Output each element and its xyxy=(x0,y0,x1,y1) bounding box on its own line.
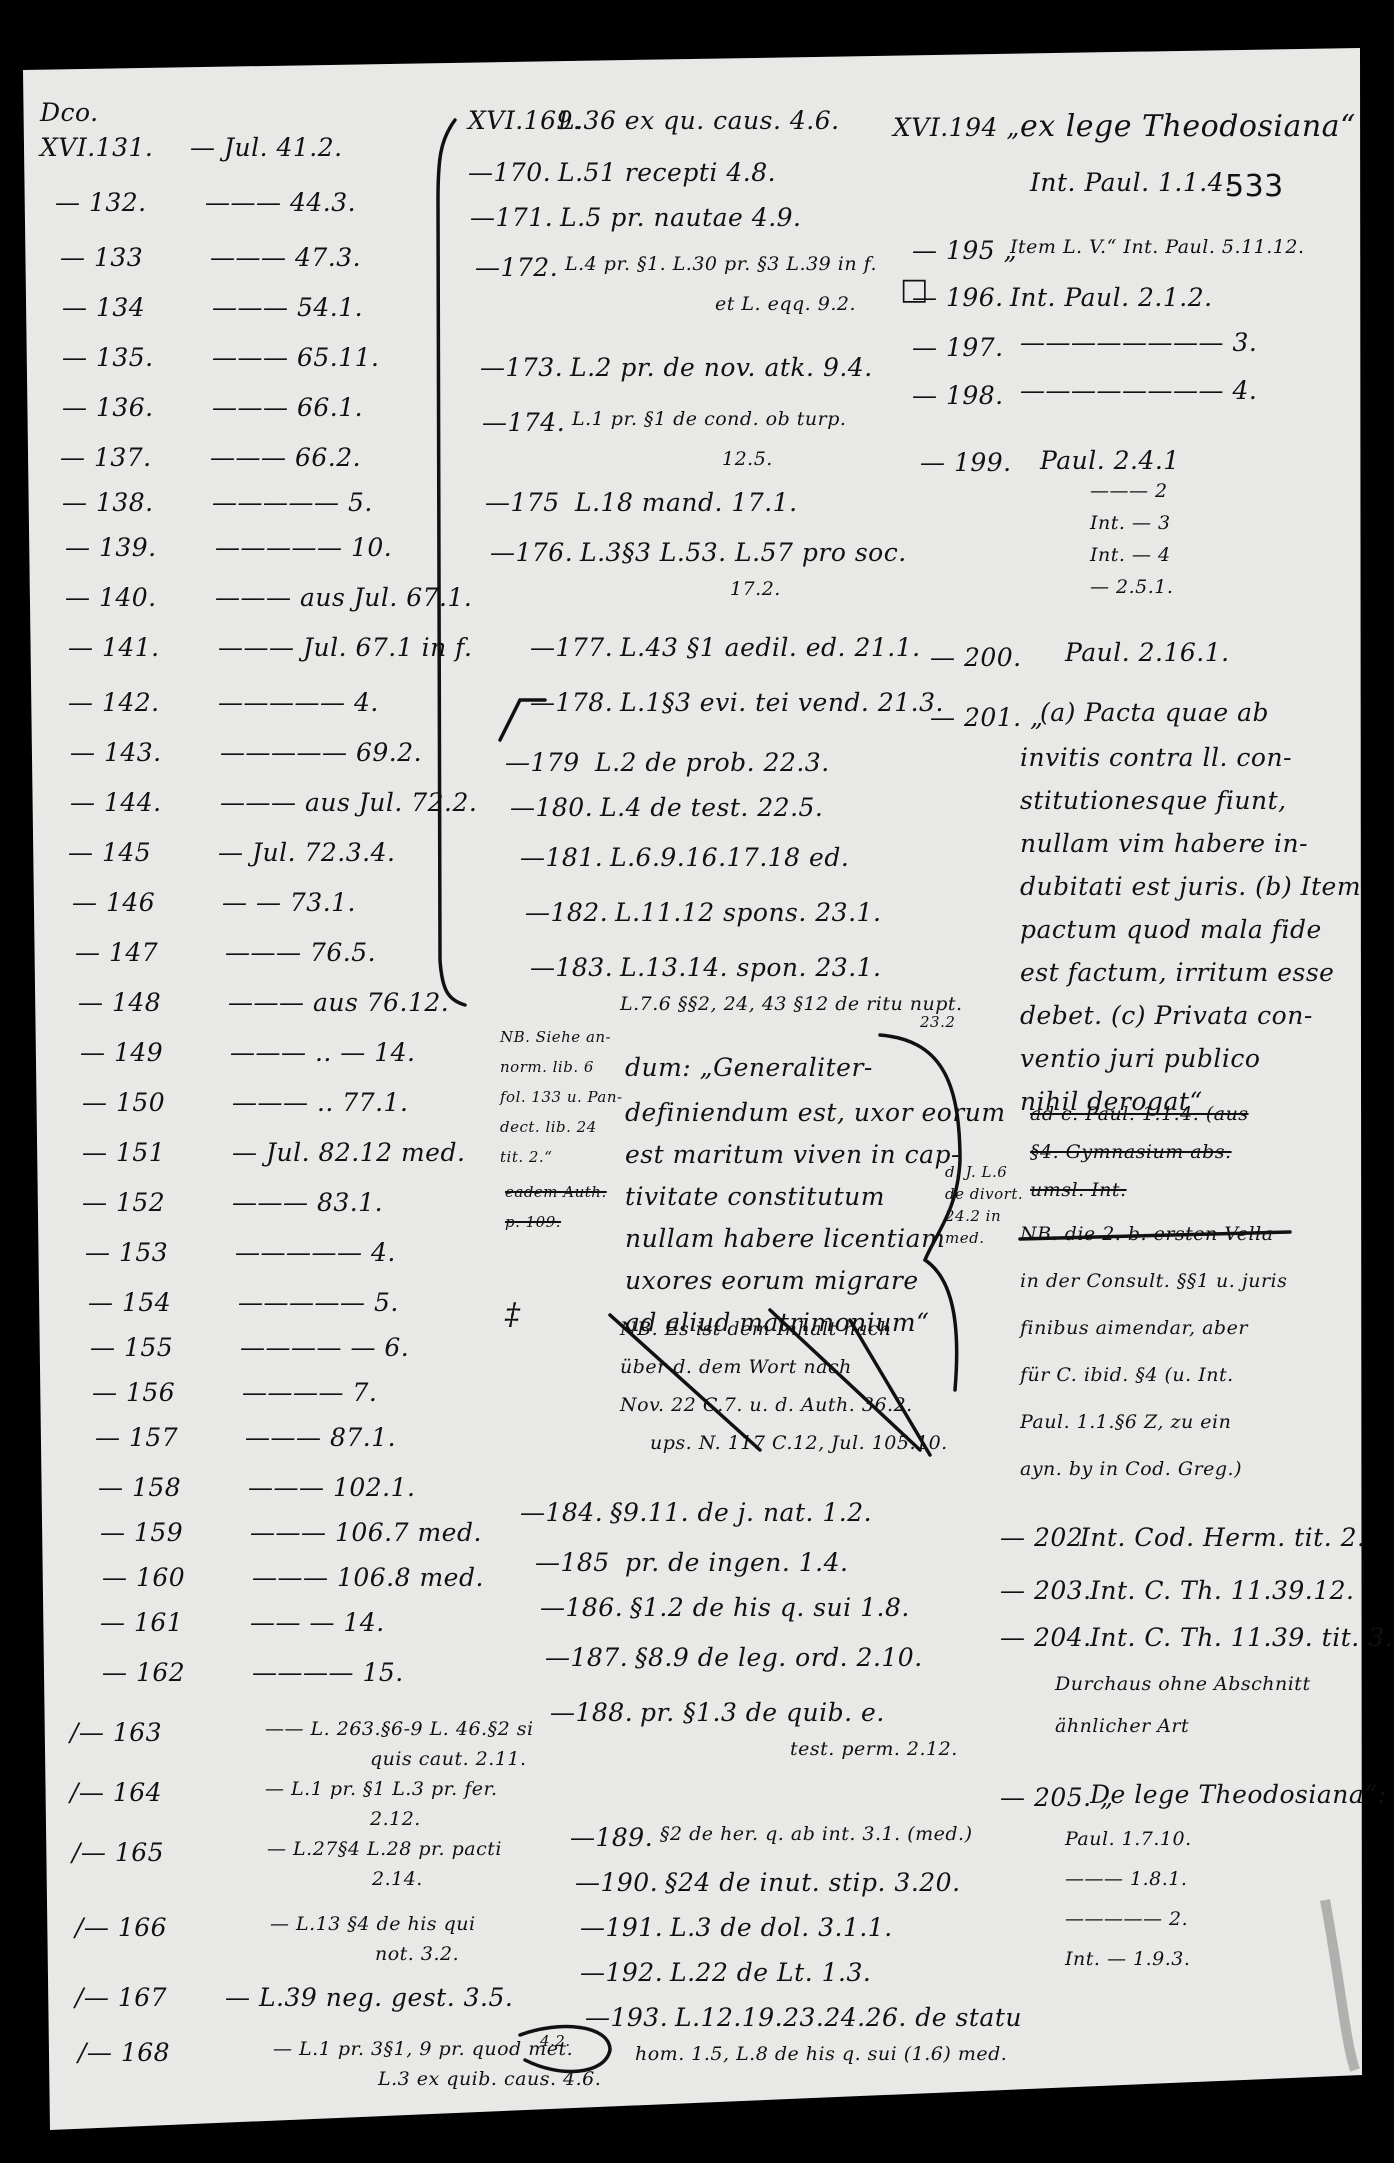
entry-reference: ——— 102.1. xyxy=(248,1475,415,1500)
entry-number: —173. xyxy=(480,355,563,380)
entry-number: — 201. „ xyxy=(930,705,1044,730)
entry-number: — 149 xyxy=(80,1040,163,1065)
entry-number: — 155 xyxy=(90,1335,173,1360)
entry-reference-cont: test. perm. 2.12. xyxy=(790,1740,958,1759)
entry-number: — 132. xyxy=(55,190,147,215)
entry-reference: ———— — 6. xyxy=(240,1335,409,1360)
entry-reference: — Jul. 72.3.4. xyxy=(218,840,395,865)
entry-reference: ——— .. — 14. xyxy=(230,1040,416,1065)
entry-number: — 147 xyxy=(75,940,158,965)
struck-line: ad c. Paul. 1.1.4. (aus xyxy=(1030,1105,1249,1124)
entry-reference: L.4 pr. §1. L.30 pr. §3 L.39 in f. xyxy=(565,255,877,274)
entry-number: —180. xyxy=(510,795,593,820)
entry-reference: — Jul. 82.12 med. xyxy=(232,1140,465,1165)
entry-reference: ——— 76.5. xyxy=(225,940,376,965)
entry-number: —182. xyxy=(525,900,608,925)
entry-reference: L.51 recepti 4.8. xyxy=(558,160,776,185)
entry-number: — 138. xyxy=(62,490,154,515)
entry-number: —188. xyxy=(550,1700,633,1725)
column-header: Dco. xyxy=(40,100,99,125)
page-number: 533 xyxy=(1225,172,1284,202)
entry-number: — 153 xyxy=(85,1240,168,1265)
entry-reference: Paul. 2.16.1. xyxy=(1065,640,1230,665)
quote-line: uxores eorum migrare xyxy=(625,1268,919,1293)
entry-reference: Paul. 2.4.1 xyxy=(1040,448,1180,473)
entry-number: —179 xyxy=(505,750,580,775)
quote-line: est maritum viven in cap- xyxy=(625,1142,960,1167)
nb-line: finibus aimendar, aber xyxy=(1020,1319,1248,1338)
side-note-line: fol. 133 u. Pan- xyxy=(500,1090,623,1105)
entry-reference-cont: 2.12. xyxy=(370,1810,421,1829)
side-note-line: tit. 2.“ xyxy=(500,1150,552,1165)
entry-number: —189. xyxy=(570,1825,653,1850)
entry-number: /— 165 xyxy=(72,1840,164,1865)
entry-reference: ——— 106.8 med. xyxy=(252,1565,484,1590)
quote-line: debet. (c) Privata con- xyxy=(1020,1003,1313,1028)
entry-number: — 146 xyxy=(72,890,155,915)
entry-reference: ——— 66.1. xyxy=(212,395,363,420)
entry-reference: ————— 10. xyxy=(215,535,392,560)
entry-reference: — Jul. 41.2. xyxy=(190,135,343,160)
entry-reference: — — 73.1. xyxy=(222,890,356,915)
quote-line: definiendum est, uxor eorum xyxy=(625,1100,1006,1125)
entry-reference: L.5 pr. nautae 4.9. xyxy=(560,205,802,230)
entry-number: —170. xyxy=(468,160,551,185)
entry-number: —193. xyxy=(585,2005,668,2030)
entry-number: — 134 xyxy=(62,295,145,320)
quote-line: nullam vim habere in- xyxy=(1020,831,1308,856)
entry-number: XVI.131. xyxy=(40,135,153,160)
entry-reference: — L.1 pr. 3§1, 9 pr. quod met. xyxy=(273,2040,573,2059)
side-note-line: dect. lib. 24 xyxy=(500,1120,597,1135)
entry-number: — 195 „ xyxy=(912,238,1017,263)
entry-sub: ——— 2 xyxy=(1090,482,1168,501)
entry-number: /— 167 xyxy=(75,1985,167,2010)
entry-reference: — L.39 neg. gest. 3.5. xyxy=(225,1985,513,2010)
entry-reference: L.2 de prob. 22.3. xyxy=(595,750,830,775)
side-note-line: norm. lib. 6 xyxy=(500,1060,594,1075)
entry-reference: ——— 65.11. xyxy=(212,345,379,370)
entry-reference: ——— 87.1. xyxy=(245,1425,396,1450)
entry-number: — 142. xyxy=(68,690,160,715)
entry-number: — 152 xyxy=(82,1190,165,1215)
entry-reference: L.2 pr. de nov. atk. 9.4. xyxy=(570,355,873,380)
entry-reference: Int. Paul. 2.1.2. xyxy=(1010,285,1213,310)
long-bracket xyxy=(438,120,465,1005)
entry-reference: §9.11. de j. nat. 1.2. xyxy=(610,1500,872,1525)
entry-reference: pr. §1.3 de quib. e. xyxy=(640,1700,885,1725)
entry-number: —187. xyxy=(545,1645,628,1670)
entry-reference: — L.27§4 L.28 pr. pacti xyxy=(267,1840,502,1859)
entry-number: —181. xyxy=(520,845,603,870)
entry-reference: ——— Jul. 67.1 in f. xyxy=(218,635,472,660)
side-note-line: de divort. xyxy=(945,1187,1023,1202)
quote-line: stitutionesque fiunt, xyxy=(1020,788,1287,813)
box-mark: □ xyxy=(900,275,929,305)
entry-number: — 148 xyxy=(78,990,161,1015)
entry-number: —186. xyxy=(540,1595,623,1620)
entry-number: — 160 xyxy=(102,1565,185,1590)
entry-number: — 144. xyxy=(70,790,162,815)
entry-reference: ————— 69.2. xyxy=(220,740,422,765)
entry-reference: ex lege Theodosiana“ xyxy=(1020,112,1356,142)
entry-number: — 141. xyxy=(68,635,160,660)
entry-number: — 199. xyxy=(920,450,1012,475)
entry-number: —190. xyxy=(575,1870,658,1895)
entry-reference: L.43 §1 aedil. ed. 21.1. xyxy=(620,635,921,660)
entry-number: — 151 xyxy=(82,1140,165,1165)
entry-reference: ——— 47.3. xyxy=(210,245,361,270)
circled-note: 4.2. xyxy=(540,2034,571,2049)
entry-number: — 139. xyxy=(65,535,157,560)
entry-number: —171. xyxy=(470,205,553,230)
entry-number: XVI.194 „ xyxy=(893,115,1020,140)
entry-number: — 200. xyxy=(930,645,1022,670)
entry-number: —172. xyxy=(475,255,558,280)
entry-number: — 158 xyxy=(98,1475,181,1500)
nb-line: NB. die 2. b. ersten Vella xyxy=(1020,1225,1274,1244)
entry-number: — 143. xyxy=(70,740,162,765)
entry-sub: — 2.5.1. xyxy=(1090,578,1173,597)
entry-reference: §24 de inut. stip. 3.20. xyxy=(665,1870,961,1895)
quote-line: nullam habere licentiam xyxy=(625,1226,945,1251)
entry-reference: L.12.19.23.24.26. de statu xyxy=(675,2005,1022,2030)
german-note-line: Durchaus ohne Abschnitt xyxy=(1055,1675,1311,1694)
entry-sub: Paul. 1.7.10. xyxy=(1065,1830,1192,1849)
entry-reference: — L.13 §4 de his qui xyxy=(270,1915,476,1934)
quote-intro: dum: „Generaliter- xyxy=(625,1055,873,1080)
side-note-line: med. xyxy=(945,1231,984,1246)
entry-reference: ——— 106.7 med. xyxy=(250,1520,482,1545)
entry-reference: Int. Cod. Herm. tit. 2. xyxy=(1080,1525,1365,1550)
entry-number: — 145 xyxy=(68,840,151,865)
entry-reference: L.4 de test. 22.5. xyxy=(600,795,823,820)
side-note-line: d. J. L.6 xyxy=(945,1165,1007,1180)
entry-number: — 135. xyxy=(62,345,154,370)
entry-reference: L.1 pr. §1 de cond. ob turp. xyxy=(572,410,846,429)
entry-reference: L.36 ex qu. caus. 4.6. xyxy=(558,108,840,133)
entry-reference: ——— 44.3. xyxy=(205,190,356,215)
entry-number: — 198. xyxy=(912,383,1004,408)
entry-reference-cont: et L. eqq. 9.2. xyxy=(715,295,856,314)
entry-reference: ——— aus Jul. 72.2. xyxy=(220,790,477,815)
nb-line: für C. ibid. §4 (u. Int. xyxy=(1020,1366,1234,1385)
quote-line: invitis contra ll. con- xyxy=(1020,745,1292,770)
quote-line: est factum, irritum esse xyxy=(1020,960,1334,985)
dagger-mark: ‡ xyxy=(505,1300,521,1330)
entry-number: — 204. xyxy=(1000,1625,1092,1650)
german-note-line: ähnlicher Art xyxy=(1055,1717,1189,1736)
entry-reference: L.1§3 evi. tei vend. 21.3. xyxy=(620,690,944,715)
entry-reference: L.18 mand. 17.1. xyxy=(575,490,798,515)
entry-reference: —— — 14. xyxy=(250,1610,385,1635)
entry-reference: L.3 de dol. 3.1.1. xyxy=(670,1915,893,1940)
entry-number: — 154 xyxy=(88,1290,171,1315)
struck-line: umsl. Int. xyxy=(1030,1181,1127,1200)
crossed-note-line: Nov. 22 C.7. u. d. Auth. 36.2. xyxy=(620,1396,913,1415)
entry-reference: (a) Pacta quae ab xyxy=(1040,700,1269,725)
entry-reference-cont: 2.14. xyxy=(372,1870,423,1889)
entry-number: /— 166 xyxy=(75,1915,167,1940)
crossed-note-line: ups. N. 117 C.12, Jul. 105.10. xyxy=(650,1434,948,1453)
entry-number: — 203. xyxy=(1000,1578,1092,1603)
entry-reference: ——— 54.1. xyxy=(212,295,363,320)
entry-reference-cont: 12.5. xyxy=(722,450,773,469)
entry-reference: Int. C. Th. 11.39. tit. 3. xyxy=(1090,1625,1393,1650)
side-note-struck: p. 109. xyxy=(505,1215,561,1230)
entry-reference: — L.1 pr. §1 L.3 pr. fer. xyxy=(265,1780,498,1799)
entry-reference: ——— 83.1. xyxy=(232,1190,383,1215)
manuscript-page: 533 Dco. XVI.131.— Jul. 41.2.— 132.——— 4… xyxy=(0,0,1394,2163)
side-note-struck: eadem Auth. xyxy=(505,1185,607,1200)
entry-sub: ————— 2. xyxy=(1065,1910,1188,1929)
entry-number: — 150 xyxy=(82,1090,165,1115)
entry-number: — 133 xyxy=(60,245,143,270)
entry-number: —177. xyxy=(530,635,613,660)
entry-reference: De lege Theodosiana“: xyxy=(1090,1782,1386,1807)
side-note-line: 24.2 in xyxy=(945,1209,1001,1224)
entry-number: —185 xyxy=(535,1550,610,1575)
side-note-line: NB. Siehe an- xyxy=(500,1030,611,1045)
entry-reference: L.11.12 spons. 23.1. xyxy=(615,900,881,925)
entry-reference: ———— 15. xyxy=(252,1660,404,1685)
quote-line: ventio juri publico xyxy=(1020,1046,1260,1071)
entry-number: —183. xyxy=(530,955,613,980)
entry-reference: ———————— 4. xyxy=(1020,378,1257,403)
entry-number: — 157 xyxy=(95,1425,178,1450)
entry-reference: L.13.14. spon. 23.1. xyxy=(620,955,882,980)
entry-number: — 137. xyxy=(60,445,152,470)
entry-reference: Int. C. Th. 11.39.12. xyxy=(1090,1578,1355,1603)
entry-reference: ————— 4. xyxy=(218,690,379,715)
entry-number: —176. xyxy=(490,540,573,565)
entry-reference: ———— 7. xyxy=(242,1380,377,1405)
entry-reference-cont: not. 3.2. xyxy=(375,1945,459,1964)
quote-line: dubitati est juris. (b) Item xyxy=(1020,874,1361,899)
entry-reference: —— L. 263.§6-9 L. 46.§2 si xyxy=(265,1720,534,1739)
entry-reference-cont: L.7.6 §§2, 24, 43 §12 de ritu nupt. xyxy=(620,995,963,1014)
entry-number: — 140. xyxy=(65,585,157,610)
entry-number: — 161 xyxy=(100,1610,183,1635)
entry-reference: ————— 5. xyxy=(238,1290,399,1315)
entry-reference: ———————— 3. xyxy=(1020,330,1257,355)
entry-reference: §2 de her. q. ab int. 3.1. (med.) xyxy=(660,1825,973,1844)
entry-number: /— 163 xyxy=(70,1720,162,1745)
entry-number: — 136. xyxy=(62,395,154,420)
entry-reference: ——— aus 76.12. xyxy=(228,990,449,1015)
entry-number: — 156 xyxy=(92,1380,175,1405)
entry-number: — 162 xyxy=(102,1660,185,1685)
entry-number: /— 168 xyxy=(78,2040,170,2065)
entry-number: —175 xyxy=(485,490,560,515)
entry-reference: ——— aus Jul. 67.1. xyxy=(215,585,472,610)
entry-reference-cont: 17.2. xyxy=(730,580,781,599)
nb-line: ayn. by in Cod. Greg.) xyxy=(1020,1460,1242,1479)
nb-line: in der Consult. §§1 u. juris xyxy=(1020,1272,1287,1291)
entry-sub: Int. — 4 xyxy=(1090,546,1171,565)
entry-reference: L.22 de Lt. 1.3. xyxy=(670,1960,871,1985)
nb-line: Paul. 1.1.§6 Z, zu ein xyxy=(1020,1413,1231,1432)
entry-reference: L.6.9.16.17.18 ed. xyxy=(610,845,849,870)
entry-reference-cont: 23.2 xyxy=(920,1015,955,1030)
entry-reference: §8.9 de leg. ord. 2.10. xyxy=(635,1645,923,1670)
crossed-note-line: über d. dem Wort nach xyxy=(620,1358,852,1377)
entry-reference-cont: hom. 1.5, L.8 de his q. sui (1.6) med. xyxy=(635,2045,1007,2064)
entry-number: — 159 xyxy=(100,1520,183,1545)
entry-sub: Int. — 3 xyxy=(1090,514,1171,533)
entry-reference: ——— 66.2. xyxy=(210,445,361,470)
entry-sub: Int. — 1.9.3. xyxy=(1065,1950,1190,1969)
entry-number: /— 164 xyxy=(70,1780,162,1805)
entry-reference-cont: quis caut. 2.11. xyxy=(370,1750,527,1769)
entry-number: — 197. xyxy=(912,335,1004,360)
entry-reference-cont: Int. Paul. 1.1.4. xyxy=(1030,170,1233,195)
entry-number: — 202 xyxy=(1000,1525,1083,1550)
entry-number: —174. xyxy=(482,410,565,435)
struck-line: §4. Gymnasium abs. xyxy=(1030,1143,1232,1162)
entry-reference: Item L. V.“ Int. Paul. 5.11.12. xyxy=(1010,238,1305,257)
quote-line: tivitate constitutum xyxy=(625,1184,885,1209)
entry-number: —178. xyxy=(530,690,613,715)
entry-reference: ————— 5. xyxy=(212,490,373,515)
entry-reference-cont: L.3 ex quib. caus. 4.6. xyxy=(378,2070,601,2089)
entry-number: —191. xyxy=(580,1915,663,1940)
entry-number: —192. xyxy=(580,1960,663,1985)
entry-reference: L.3§3 L.53. L.57 pro soc. xyxy=(580,540,907,565)
entry-sub: ——— 1.8.1. xyxy=(1065,1870,1187,1889)
crossed-note-line: NB. Es ist dem Inhalt nach xyxy=(620,1320,892,1339)
entry-reference: ————— 4. xyxy=(235,1240,396,1265)
entry-reference: ——— .. 77.1. xyxy=(232,1090,408,1115)
entry-reference: §1.2 de his q. sui 1.8. xyxy=(630,1595,910,1620)
entry-reference: pr. de ingen. 1.4. xyxy=(625,1550,848,1575)
entry-number: —184. xyxy=(520,1500,603,1525)
quote-line: pactum quod mala fide xyxy=(1020,917,1322,942)
